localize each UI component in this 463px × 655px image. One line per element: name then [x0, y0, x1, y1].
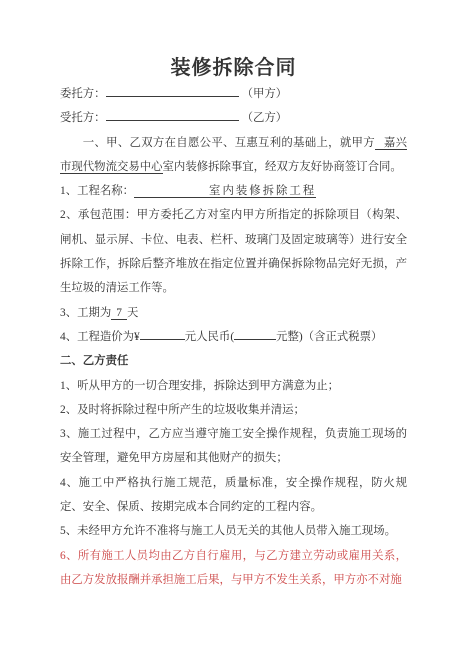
duty-item-2: 2、及时将拆除过程中所产生的垃圾收集并清运； — [60, 398, 407, 422]
contract-page: 装修拆除合同 委托方：（甲方） 受托方：（乙方） 一、甲、乙双方在自愿公平、互惠… — [0, 0, 463, 655]
party-b-paren: （乙方） — [242, 112, 288, 124]
item-project-name: 1、工程名称：室内装修拆除工程 — [60, 179, 407, 203]
price-words-blank — [234, 329, 276, 340]
section2-heading: 二、乙方责任 — [60, 349, 407, 373]
duration-days-value: 7 — [111, 307, 127, 320]
party-line-b: 受托方：（乙方） — [60, 106, 407, 130]
intro-paragraph: 一、甲、乙双方在自愿公平、互惠互利的基础上，就甲方嘉兴市现代物流交易中心室内装修… — [60, 131, 407, 180]
duty-item-3: 3、施工过程中，乙方应当遵守施工安全操作规程，负责施工现场的安全管理，避免甲方房… — [60, 422, 407, 471]
party-b-fill-blank — [106, 110, 239, 121]
item-duration: 3、工期为7天 — [60, 301, 407, 325]
item-price-mid: 元人民币( — [185, 331, 234, 343]
item-price: 4、工程造价为¥元人民币(元整)（含正式税票） — [60, 325, 407, 349]
duty-item-6-red: 6、所有施工人员均由乙方自行雇用，与乙方建立劳动或雇用关系，由乙方发放报酬并承担… — [60, 544, 407, 593]
project-name-fill-line: 室内装修拆除工程 — [134, 185, 316, 198]
party-b-label: 受托方： — [60, 112, 106, 124]
item-price-prefix: 4、工程造价为¥ — [60, 331, 140, 343]
project-name-blank-gap — [134, 193, 209, 194]
item-price-suffix: 元整)（含正式税票） — [276, 331, 382, 343]
party-a-label: 委托方： — [60, 88, 106, 100]
item-scope: 2、承包范围：甲方委托乙方对室内甲方所指定的拆除项目（构架、闸机、显示屏、卡位、… — [60, 203, 407, 300]
intro-text-before: 一、甲、乙双方在自愿公平、互惠互利的基础上，就甲方 — [83, 137, 375, 149]
intro-text-after: 室内装修拆除事宜，经双方友好协商签订合同。 — [163, 161, 402, 173]
duty-item-5: 5、未经甲方允许不准将与施工人员无关的其他人员带入施工现场。 — [60, 519, 407, 543]
item-duration-prefix: 3、工期为 — [60, 307, 111, 319]
duty-item-4: 4、施工中严格执行施工规范，质量标准，安全操作规程，防火规定、安全、保质、按期完… — [60, 471, 407, 520]
item-duration-suffix: 天 — [127, 307, 138, 319]
item-project-name-label: 1、工程名称： — [60, 185, 134, 197]
party-a-fill-blank — [106, 86, 239, 97]
party-line-a: 委托方：（甲方） — [60, 82, 407, 106]
document-title: 装修拆除合同 — [60, 54, 407, 82]
party-a-paren: （甲方） — [242, 88, 288, 100]
project-name-value: 室内装修拆除工程 — [209, 185, 316, 197]
price-amount-blank — [140, 329, 185, 340]
duty-item-1: 1、听从甲方的一切合理安排，拆除达到甲方满意为止； — [60, 374, 407, 398]
